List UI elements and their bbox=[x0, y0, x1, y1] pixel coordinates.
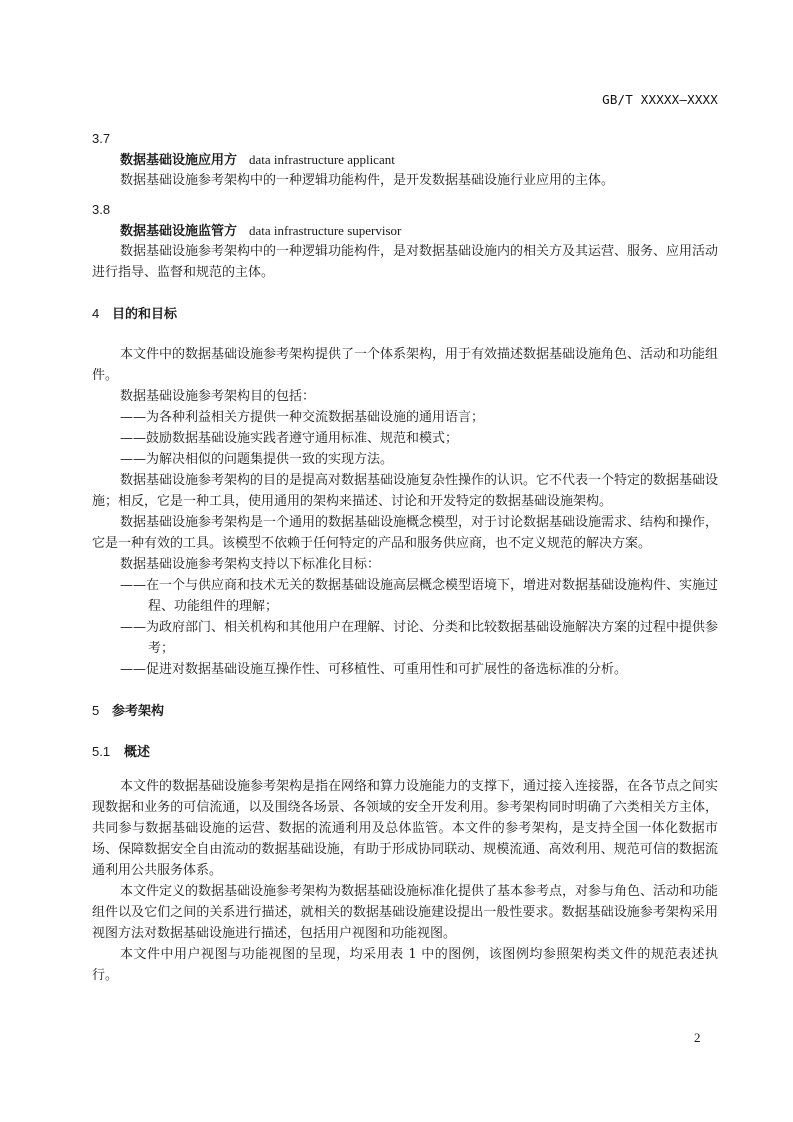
term-definition: 数据基础设施参考架构中的一种逻辑功能构件，是开发数据基础设施行业应用的主体。 bbox=[92, 170, 718, 191]
term-clause-3-7: 3.7 数据基础设施应用方data infrastructure applica… bbox=[92, 128, 718, 191]
paragraph: 本文件的数据基础设施参考架构是指在网络和算力设施能力的支撑下，通过接入连接器，在… bbox=[92, 776, 718, 881]
list-item: ——在一个与供应商和技术无关的数据基础设施高层概念模型语境下，增进对数据基础设施… bbox=[92, 575, 718, 617]
section-heading: 4目的和目标 bbox=[92, 303, 718, 324]
section-5: 5参考架构 5.1概述 本文件的数据基础设施参考架构是指在网络和算力设施能力的支… bbox=[92, 700, 718, 986]
term-line: 数据基础设施监管方data infrastructure supervisor bbox=[92, 220, 718, 241]
term-english: data infrastructure applicant bbox=[249, 152, 395, 167]
list-item: ——为各种利益相关方提供一种交流数据基础设施的通用语言； bbox=[92, 407, 718, 428]
section-title: 目的和目标 bbox=[112, 307, 177, 322]
paragraph: 本文件中用户视图与功能视图的呈现，均采用表 1 中的图例，该图例均参照架构类文件… bbox=[92, 944, 718, 986]
term-clause-3-8: 3.8 数据基础设施监管方data infrastructure supervi… bbox=[92, 199, 718, 283]
clause-number: 3.7 bbox=[92, 128, 718, 149]
list-item: ——为解决相似的问题集提供一致的实现方法。 bbox=[92, 449, 718, 470]
section-number: 4 bbox=[92, 303, 112, 324]
subsection-number: 5.1 bbox=[92, 741, 124, 762]
section-title: 参考架构 bbox=[112, 704, 164, 719]
paragraph: 数据基础设施参考架构的目的是提高对数据基础设施复杂性操作的认识。它不代表一个特定… bbox=[92, 470, 718, 512]
section-number: 5 bbox=[92, 700, 112, 721]
document-body: 3.7 数据基础设施应用方data infrastructure applica… bbox=[92, 128, 718, 986]
term-english: data infrastructure supervisor bbox=[249, 223, 401, 238]
list-item: ——鼓励数据基础设施实践者遵守通用标准、规范和模式； bbox=[92, 428, 718, 449]
subsection-title: 概述 bbox=[124, 745, 150, 760]
list-item: ——为政府部门、相关机构和其他用户在理解、讨论、分类和比较数据基础设施解决方案的… bbox=[92, 617, 718, 659]
list-lead: 数据基础设施参考架构支持以下标准化目标： bbox=[92, 554, 718, 575]
paragraph: 本文件定义的数据基础设施参考架构为数据基础设施标准化提供了基本参考点，对参与角色… bbox=[92, 881, 718, 944]
page-number: 2 bbox=[694, 1030, 701, 1046]
term-definition: 数据基础设施参考架构中的一种逻辑功能构件，是对数据基础设施内的相关方及其运营、服… bbox=[92, 241, 718, 283]
paragraph: 数据基础设施参考架构是一个通用的数据基础设施概念模型，对于讨论数据基础设施需求、… bbox=[92, 512, 718, 554]
list-item: ——促进对数据基础设施互操作性、可移植性、可重用性和可扩展性的备选标准的分析。 bbox=[92, 659, 718, 680]
document-page: GB/T XXXXX—XXXX 3.7 数据基础设施应用方data infras… bbox=[0, 0, 793, 1122]
clause-number: 3.8 bbox=[92, 199, 718, 220]
section-4: 4目的和目标 本文件中的数据基础设施参考架构提供了一个体系架构，用于有效描述数据… bbox=[92, 303, 718, 680]
section-heading: 5参考架构 bbox=[92, 700, 718, 721]
standard-code-header: GB/T XXXXX—XXXX bbox=[602, 92, 718, 107]
term-line: 数据基础设施应用方data infrastructure applicant bbox=[92, 149, 718, 170]
subsection-heading: 5.1概述 bbox=[92, 741, 718, 762]
term-chinese: 数据基础设施应用方 bbox=[120, 153, 237, 168]
term-chinese: 数据基础设施监管方 bbox=[120, 224, 237, 239]
list-lead: 数据基础设施参考架构目的包括： bbox=[92, 386, 718, 407]
paragraph: 本文件中的数据基础设施参考架构提供了一个体系架构，用于有效描述数据基础设施角色、… bbox=[92, 344, 718, 386]
